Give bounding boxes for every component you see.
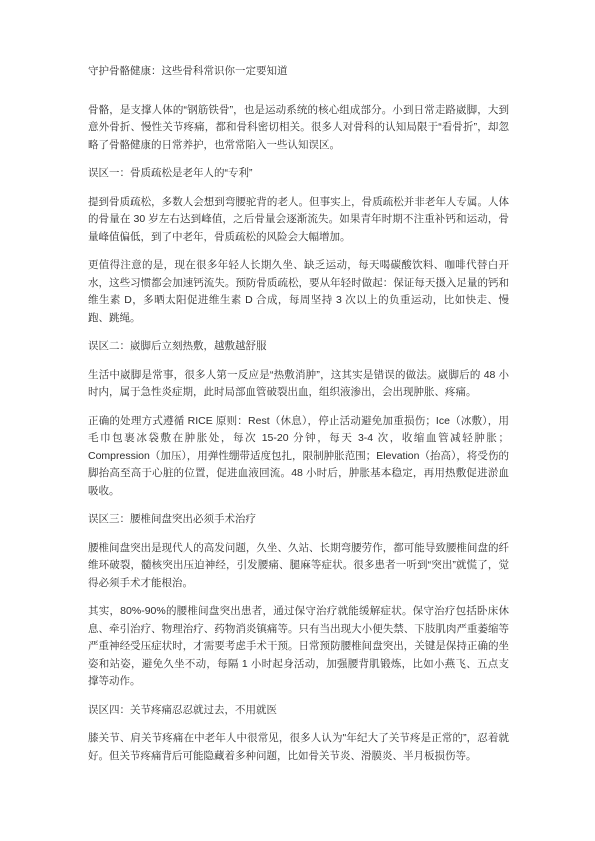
myth-2-paragraph-2: 正确的处理方式遵循 RICE 原则：Rest（休息），停止活动避免加重损伤；Ic… xyxy=(88,413,509,501)
myth-1-paragraph-2: 更值得注意的是，现在很多年轻人长期久坐、缺乏运动，每天喝碳酸饮料、咖啡代替白开水… xyxy=(88,257,509,327)
section-heading-myth-3: 误区三：腰椎间盘突出必须手术治疗 xyxy=(88,511,509,529)
myth-2-paragraph-1: 生活中崴脚是常事，很多人第一反应是“热敷消肿”，这其实是错误的做法。崴脚后的 4… xyxy=(88,367,509,402)
myth-3-paragraph-1: 腰椎间盘突出是现代人的高发问题，久坐、久站、长期弯腰劳作，都可能导致腰椎间盘的纤… xyxy=(88,540,509,593)
myth-4-paragraph-1: 膝关节、肩关节疼痛在中老年人中很常见，很多人认为"年纪大了关节疼是正常的”，忍着… xyxy=(88,730,509,765)
section-heading-myth-1: 误区一：骨质疏松是老年人的“专利” xyxy=(88,165,509,183)
myth-1-paragraph-1: 提到骨质疏松，多数人会想到弯腰驼背的老人。但事实上，骨质疏松并非老年人专属。人体… xyxy=(88,194,509,247)
intro-paragraph: 骨骼，是支撑人体的“钢筋铁骨”，也是运动系统的核心组成部分。小到日常走路崴脚，大… xyxy=(88,102,509,155)
document-title: 守护骨骼健康：这些骨科常识你一定要知道 xyxy=(88,63,509,81)
document-page: 守护骨骼健康：这些骨科常识你一定要知道 骨骼，是支撑人体的“钢筋铁骨”，也是运动… xyxy=(0,0,595,841)
section-heading-myth-4: 误区四：关节疼痛忍忍就过去，不用就医 xyxy=(88,702,509,720)
section-heading-myth-2: 误区二：崴脚后立刻热敷，越敷越舒服 xyxy=(88,338,509,356)
myth-3-paragraph-2: 其实，80%-90%的腰椎间盘突出患者，通过保守治疗就能缓解症状。保守治疗包括卧… xyxy=(88,603,509,691)
